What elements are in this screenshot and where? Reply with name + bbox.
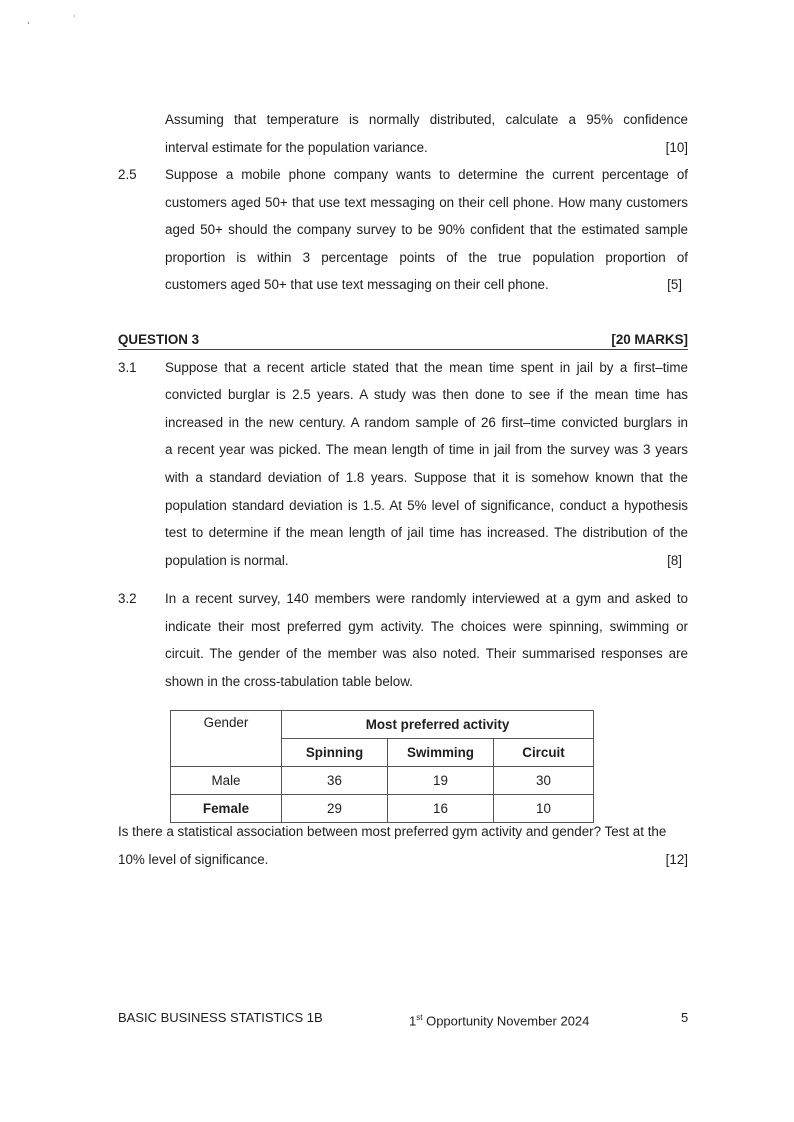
footer-opportunity-text: Opportunity November 2024	[422, 1013, 589, 1028]
q3-1-line: increased in the new century. A random s…	[165, 414, 688, 432]
table-row: Female 29 16 10	[171, 795, 594, 823]
q3-1-line: a recent year was picked. The mean lengt…	[165, 441, 688, 459]
q2-5-line: customers aged 50+ that use text messagi…	[165, 276, 549, 294]
table-group-header: Most preferred activity	[282, 711, 594, 739]
scan-speck	[74, 15, 75, 17]
table-cell: 30	[494, 767, 594, 795]
q3-1-line: test to determine if the mean length of …	[165, 524, 688, 542]
q2-5-line: proportion is within 3 percentage points…	[165, 249, 688, 267]
q2-5-line: aged 50+ should the company survey to be…	[165, 221, 688, 239]
q3-2-followup-line: 10% level of significance.	[118, 851, 268, 869]
q2-4-marks: [10]	[666, 139, 688, 157]
q3-1-line: with a standard deviation of 1.8 years. …	[165, 469, 688, 487]
q2-4-line: Assuming that temperature is normally di…	[165, 111, 688, 129]
scan-speck	[28, 22, 29, 24]
question-3-marks: [20 MARKS]	[611, 331, 688, 349]
q3-2-marks: [12]	[666, 851, 688, 869]
table-row-header: Gender	[171, 711, 282, 767]
cross-tabulation-table: Gender Most preferred activity Spinning …	[170, 710, 594, 823]
table-cell: 16	[388, 795, 494, 823]
table-cell: 10	[494, 795, 594, 823]
q2-5-marks: [5]	[667, 276, 682, 294]
q3-2-line: circuit. The gender of the member was al…	[165, 645, 688, 663]
q3-2-followup-line: Is there a statistical association betwe…	[118, 823, 666, 841]
table-cell: 36	[282, 767, 388, 795]
q2-4-line: interval estimate for the population var…	[165, 139, 428, 157]
q2-5-number: 2.5	[118, 166, 137, 184]
table-column-header: Swimming	[388, 739, 494, 767]
footer-page-number: 5	[681, 1009, 688, 1027]
q3-1-line: Suppose that a recent article stated tha…	[165, 359, 688, 377]
table-column-header: Spinning	[282, 739, 388, 767]
q3-2-line: indicate their most preferred gym activi…	[165, 618, 688, 636]
q3-1-line: population standard deviation is 1.5. At…	[165, 497, 688, 515]
q3-1-marks: [8]	[667, 552, 682, 570]
table-cell: 19	[388, 767, 494, 795]
question-3-title: QUESTION 3	[118, 332, 199, 347]
table-row: Male 36 19 30	[171, 767, 594, 795]
q3-1-line: convicted burglar is 2.5 years. A study …	[165, 386, 688, 404]
table-row-label: Male	[171, 767, 282, 795]
table-row-label: Female	[171, 795, 282, 823]
q2-5-line: customers aged 50+ that use text messagi…	[165, 194, 688, 212]
footer-course: BASIC BUSINESS STATISTICS 1B	[118, 1009, 323, 1027]
q2-5-line: Suppose a mobile phone company wants to …	[165, 166, 688, 184]
table-cell: 29	[282, 795, 388, 823]
footer-opportunity: 1st Opportunity November 2024	[409, 1009, 589, 1030]
q3-1-line: population is normal.	[165, 552, 289, 570]
q3-1-number: 3.1	[118, 359, 137, 377]
q3-2-number: 3.2	[118, 590, 137, 608]
table-column-header: Circuit	[494, 739, 594, 767]
q3-2-line: In a recent survey, 140 members were ran…	[165, 590, 688, 608]
question-3-header: QUESTION 3 [20 MARKS]	[118, 331, 688, 350]
q3-2-line: shown in the cross-tabulation table belo…	[165, 673, 413, 691]
